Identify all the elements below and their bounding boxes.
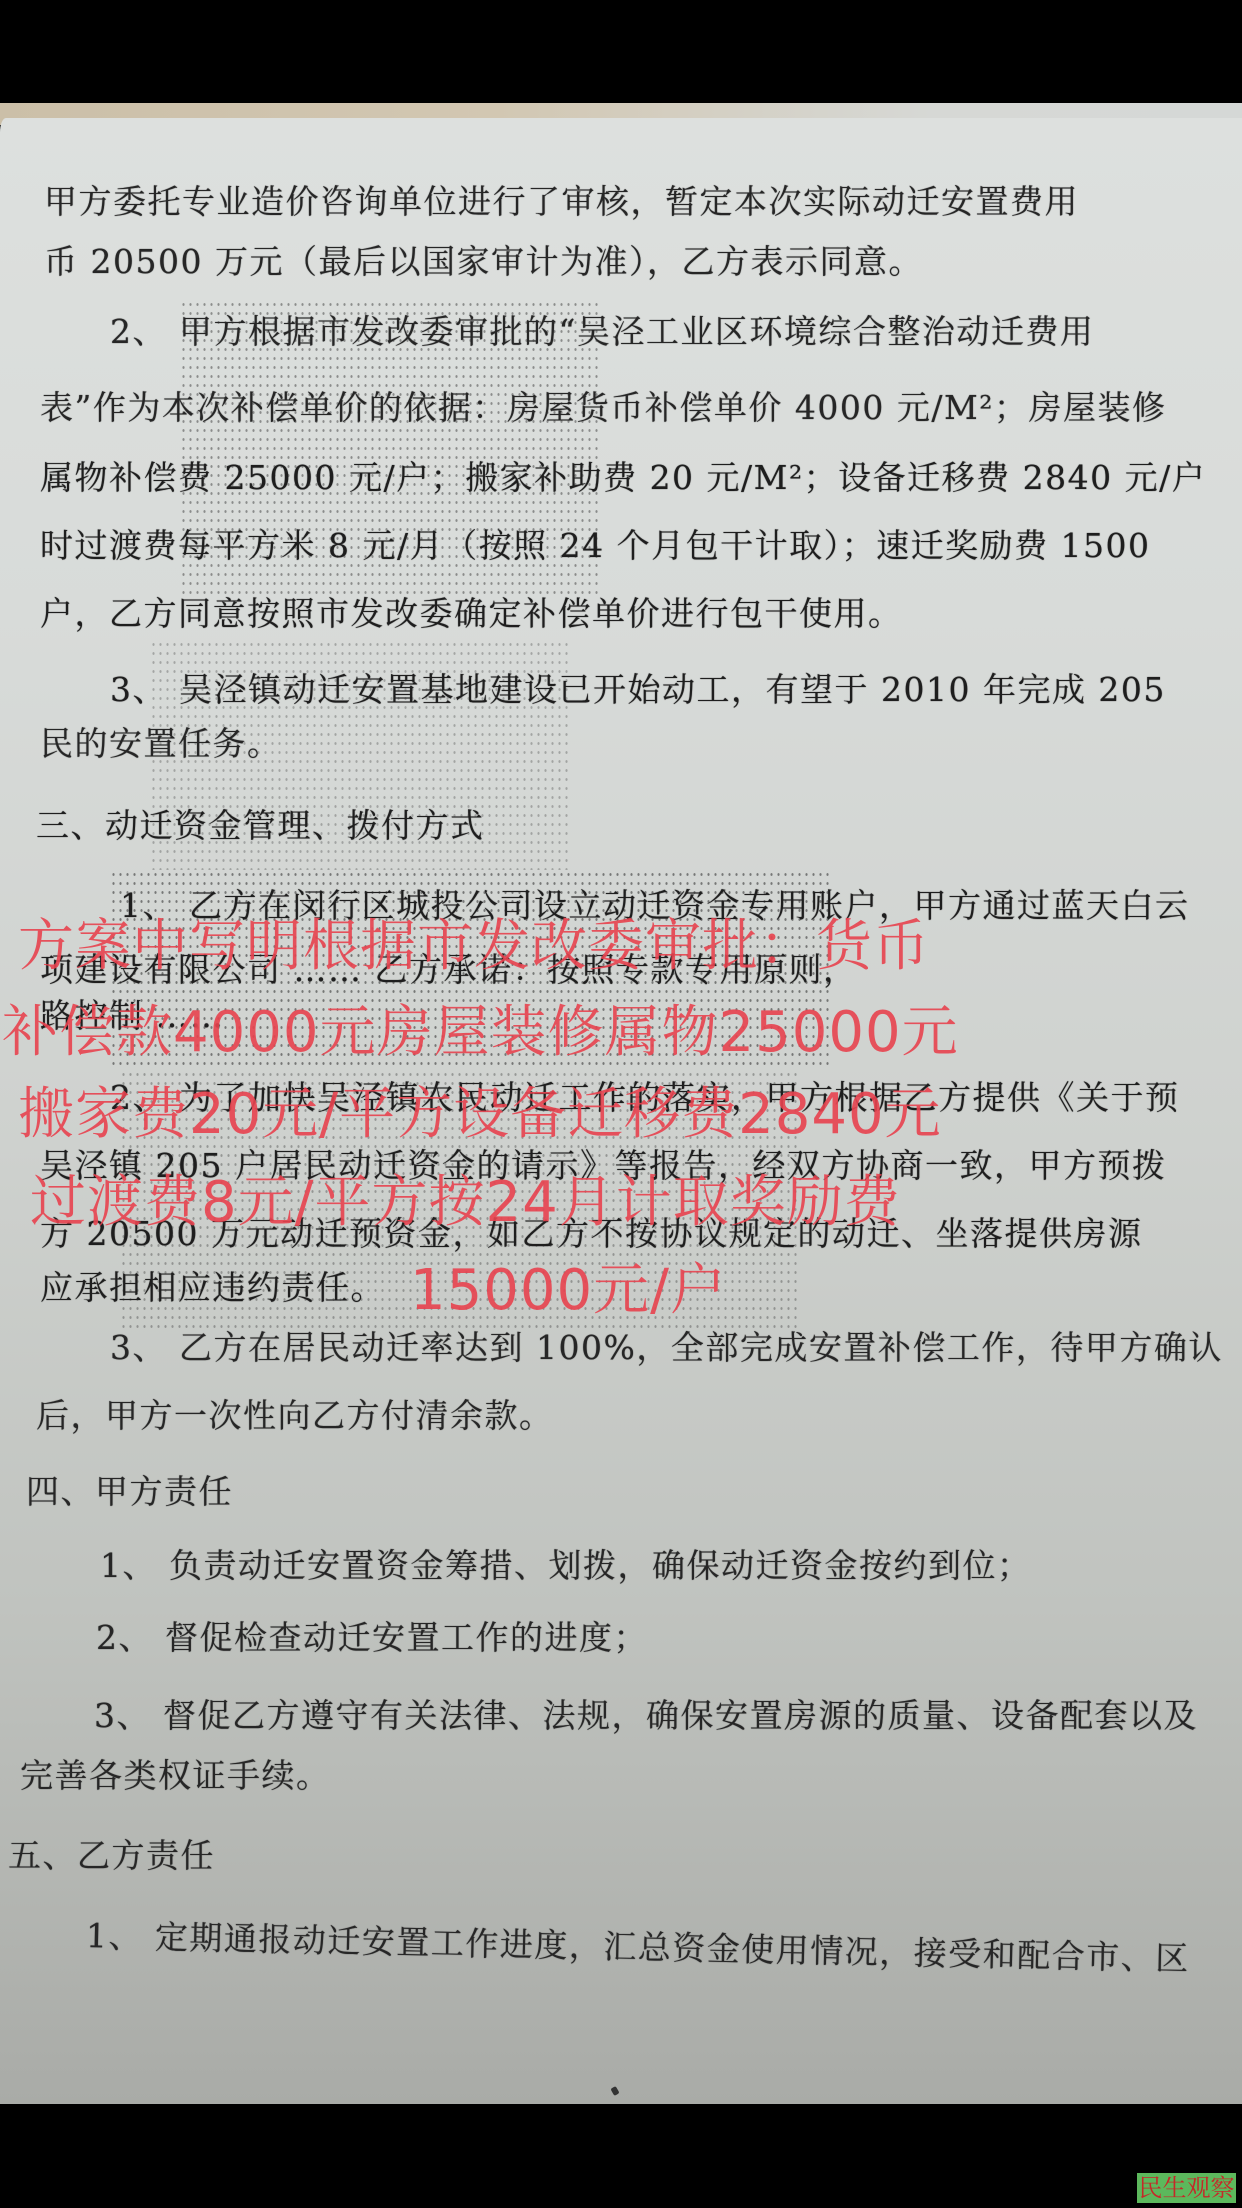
section-heading-3: 三、动迁资金管理、拨付方式 (36, 800, 485, 847)
doc-line: 3、 督促乙方遵守有关法律、法规，确保安置房源的质量、设备配套以及 (94, 1690, 1198, 1737)
doc-line: 属物补偿费 25000 元/户；搬家补助费 20 元/M²；设备迁移费 2840… (40, 452, 1206, 499)
top-black-bar (0, 0, 1242, 103)
section-heading-4: 四、甲方责任 (26, 1466, 233, 1513)
doc-line: 表”作为本次补偿单价的依据：房屋货币补偿单价 4000 元/M²；房屋装修 (40, 382, 1166, 429)
doc-line: 应承担相应违约责任。 (40, 1262, 385, 1309)
annotation-line: 搬家费20元/平方设备迁移费2840元 (18, 1070, 942, 1150)
doc-line: 币 20500 万元（最后以国家审计为准），乙方表示同意。 (44, 236, 923, 283)
annotation-line: 方案中写明根据市发改委审批：货币 (18, 902, 930, 982)
doc-line: 甲方委托专业造价咨询单位进行了审核，暂定本次实际动迁安置费用 (44, 176, 1079, 223)
doc-line: 1、 负责动迁安置资金筹措、划拨，确保动迁资金按约到位； (100, 1540, 1032, 1587)
doc-line: 2、 甲方根据市发改委审批的“吴泾工业区环境综合整治动迁费用 (110, 306, 1094, 353)
doc-line: 后，甲方一次性向乙方付清余款。 (36, 1390, 554, 1437)
doc-line: 3、 吴泾镇动迁安置基地建设已开始动工，有望于 2010 年完成 205 (110, 664, 1166, 711)
doc-line: 时过渡费每平方米 8 元/月（按照 24 个月包干计取）；速迁奖励费 1500 (40, 520, 1151, 567)
doc-line: 民的安置任务。 (40, 718, 282, 765)
doc-line: 完善各类权证手续。 (20, 1750, 331, 1797)
doc-line: 户，乙方同意按照市发改委确定补偿单价进行包干使用。 (40, 588, 903, 635)
bottom-black-bar (0, 2104, 1242, 2208)
section-heading-5: 五、乙方责任 (8, 1830, 215, 1877)
annotation-line: 15000元/户 (410, 1246, 727, 1326)
watermark-badge: 民生观察 (1137, 2173, 1236, 2203)
annotation-line: 过渡费8元/平方按24月计取奖励费 (30, 1158, 901, 1238)
annotation-line: 补偿款4000元房屋装修属物25000元 (2, 988, 959, 1068)
doc-line: 2、 督促检查动迁安置工作的进度； (96, 1612, 648, 1659)
doc-line: 3、 乙方在居民动迁率达到 100%，全部完成安置补偿工作，待甲方确认 (110, 1322, 1223, 1369)
